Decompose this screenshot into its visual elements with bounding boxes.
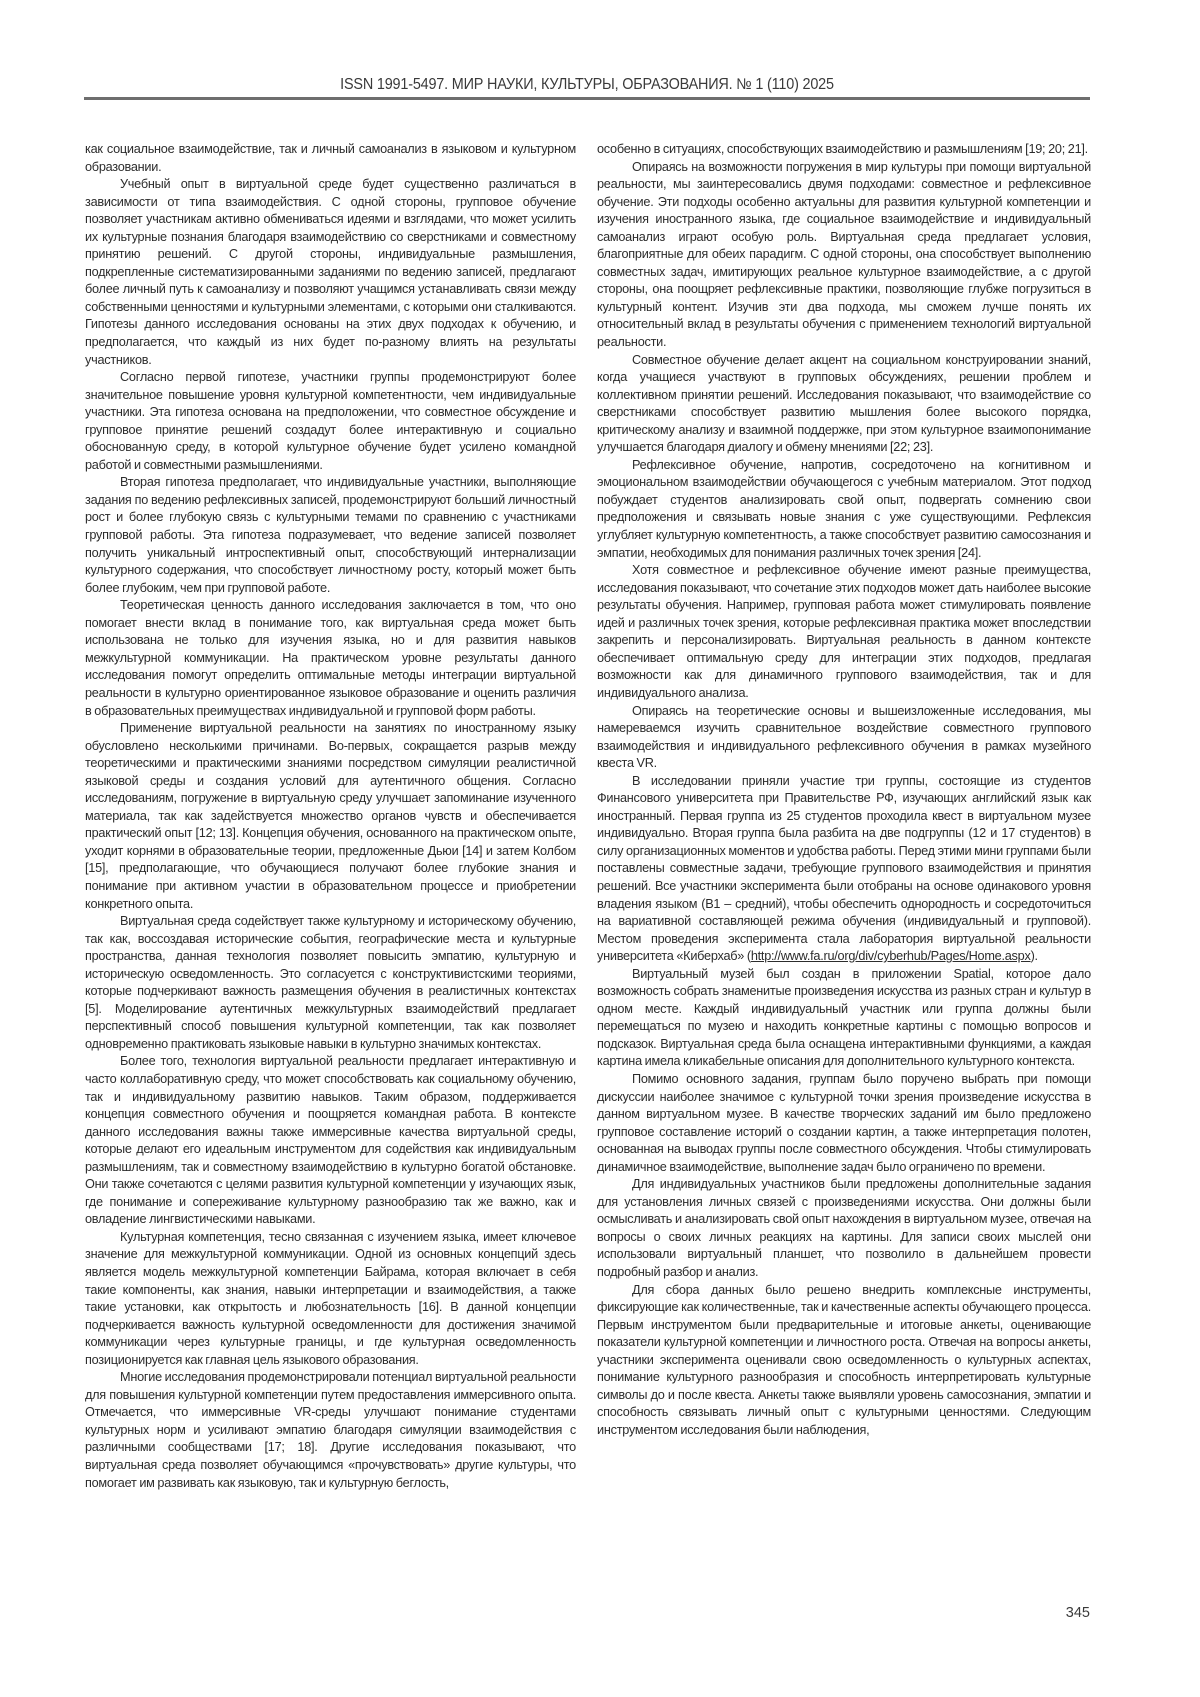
paragraph: Учебный опыт в виртуальной среде будет с… — [85, 176, 576, 369]
paragraph: Помимо основного задания, группам было п… — [597, 1071, 1091, 1176]
paragraph: Совместное обучение делает акцент на соц… — [597, 352, 1091, 457]
paragraph: Культурная компетенция, тесно связанная … — [85, 1229, 576, 1369]
running-head: ISSN 1991-5497. МИР НАУКИ, КУЛЬТУРЫ, ОБР… — [119, 76, 1055, 94]
paragraph: Рефлексивное обучение, напротив, сосредо… — [597, 457, 1091, 562]
paragraph: Многие исследования продемонстрировали п… — [85, 1369, 576, 1492]
paragraph: Опираясь на возможности погружения в мир… — [597, 159, 1091, 352]
paragraph: Теоретическая ценность данного исследова… — [85, 597, 576, 720]
study-paragraph: В исследовании приняли участие три групп… — [597, 773, 1091, 966]
paragraph: Виртуальный музей был создан в приложени… — [597, 966, 1091, 1071]
right-column: особенно в ситуациях, способствующих вза… — [597, 141, 1091, 1439]
paragraph: как социальное взаимодействие, так и лич… — [85, 141, 576, 176]
study-text: В исследовании приняли участие три групп… — [597, 774, 1091, 963]
paragraph: особенно в ситуациях, способствующих вза… — [597, 141, 1091, 159]
cyberhub-link[interactable]: http://www.fa.ru/org/div/cyberhub/Pages/… — [751, 949, 1031, 963]
page-number: 345 — [1040, 1605, 1090, 1621]
paragraph: Хотя совместное и рефлексивное обучение … — [597, 562, 1091, 702]
paragraph: Применение виртуальной реальности на зан… — [85, 720, 576, 913]
paragraph: Более того, технология виртуальной реаль… — [85, 1053, 576, 1228]
paragraph: Вторая гипотеза предполагает, что индиви… — [85, 474, 576, 597]
header-rule — [84, 97, 1090, 100]
paragraph: Виртуальная среда содействует также куль… — [85, 913, 576, 1053]
study-text-end: ). — [1031, 949, 1038, 963]
paragraph: Для индивидуальных участников были предл… — [597, 1176, 1091, 1281]
paragraph: Согласно первой гипотезе, участники груп… — [85, 369, 576, 474]
left-column: как социальное взаимодействие, так и лич… — [85, 141, 576, 1492]
paragraph: Для сбора данных было решено внедрить ко… — [597, 1282, 1091, 1440]
paragraph: Опираясь на теоретические основы и вышеи… — [597, 703, 1091, 773]
